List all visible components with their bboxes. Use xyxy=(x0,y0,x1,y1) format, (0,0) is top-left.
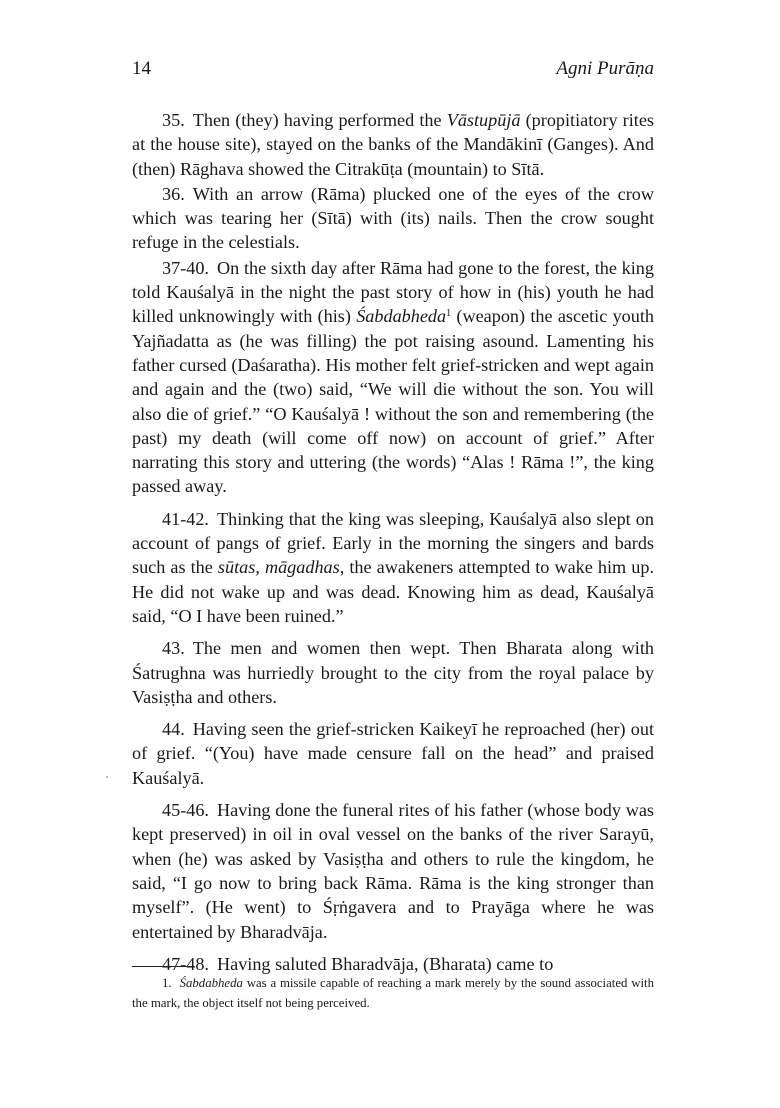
page-number: 14 xyxy=(132,58,151,80)
footnote: 1.Śabdabheda was a missile capable of re… xyxy=(132,973,654,1013)
footnote-rule xyxy=(132,966,194,967)
verse-paragraph: 43.The men and women then wept. Then Bha… xyxy=(132,636,654,709)
verse-paragraph: 35.Then (they) having performed the Vāst… xyxy=(132,108,654,181)
verse-number: 41-42. xyxy=(162,509,209,529)
verse-number: 37-40. xyxy=(162,258,209,278)
verse-number: 36. xyxy=(162,184,185,204)
verse-paragraph: 37-40.On the sixth day after Rāma had go… xyxy=(132,256,654,499)
text-run: Having done the funeral rites of his fat… xyxy=(132,800,654,941)
text-run: The men and women then wept. Then Bharat… xyxy=(132,638,654,707)
verse-paragraph: 44.Having seen the grief-stricken Kaikey… xyxy=(132,717,654,790)
text-run: Having seen the grief-stricken Kaikeyī h… xyxy=(132,719,654,788)
text-run: With an arrow (Rāma) plucked one of the … xyxy=(132,184,654,253)
verse-paragraph: 41-42.Thinking that the king was sleepin… xyxy=(132,507,654,628)
text-run: Then (they) having performed the xyxy=(193,110,447,130)
page-header: 14 Agni Purāṇa xyxy=(132,58,654,82)
italic-term: Vāstupūjā xyxy=(447,110,521,130)
running-title: Agni Purāṇa xyxy=(556,58,654,80)
text-run: (weapon) the ascetic youth Yajñadatta as… xyxy=(132,306,654,496)
verse-paragraph: 36.With an arrow (Rāma) plucked one of t… xyxy=(132,182,654,255)
text-run: Having saluted Bharadvāja, (Bharata) cam… xyxy=(217,954,553,974)
italic-term: Śabdabheda xyxy=(356,306,446,326)
footnote-number: 1. xyxy=(162,976,172,990)
scan-speck xyxy=(106,776,108,778)
verse-paragraph: 45-46.Having done the funeral rites of h… xyxy=(132,798,654,944)
verse-number: 43. xyxy=(162,638,185,658)
verse-number: 35. xyxy=(162,110,185,130)
page-body: 35.Then (they) having performed the Vāst… xyxy=(132,108,654,976)
italic-term: māgadhas xyxy=(265,557,340,577)
italic-term: sūtas xyxy=(218,557,255,577)
verse-number: 44. xyxy=(162,719,185,739)
italic-term: Śabdabheda xyxy=(180,976,243,990)
verse-number: 45-46. xyxy=(162,800,209,820)
verse-number: 47-48. xyxy=(162,954,209,974)
text-run: , xyxy=(255,557,265,577)
